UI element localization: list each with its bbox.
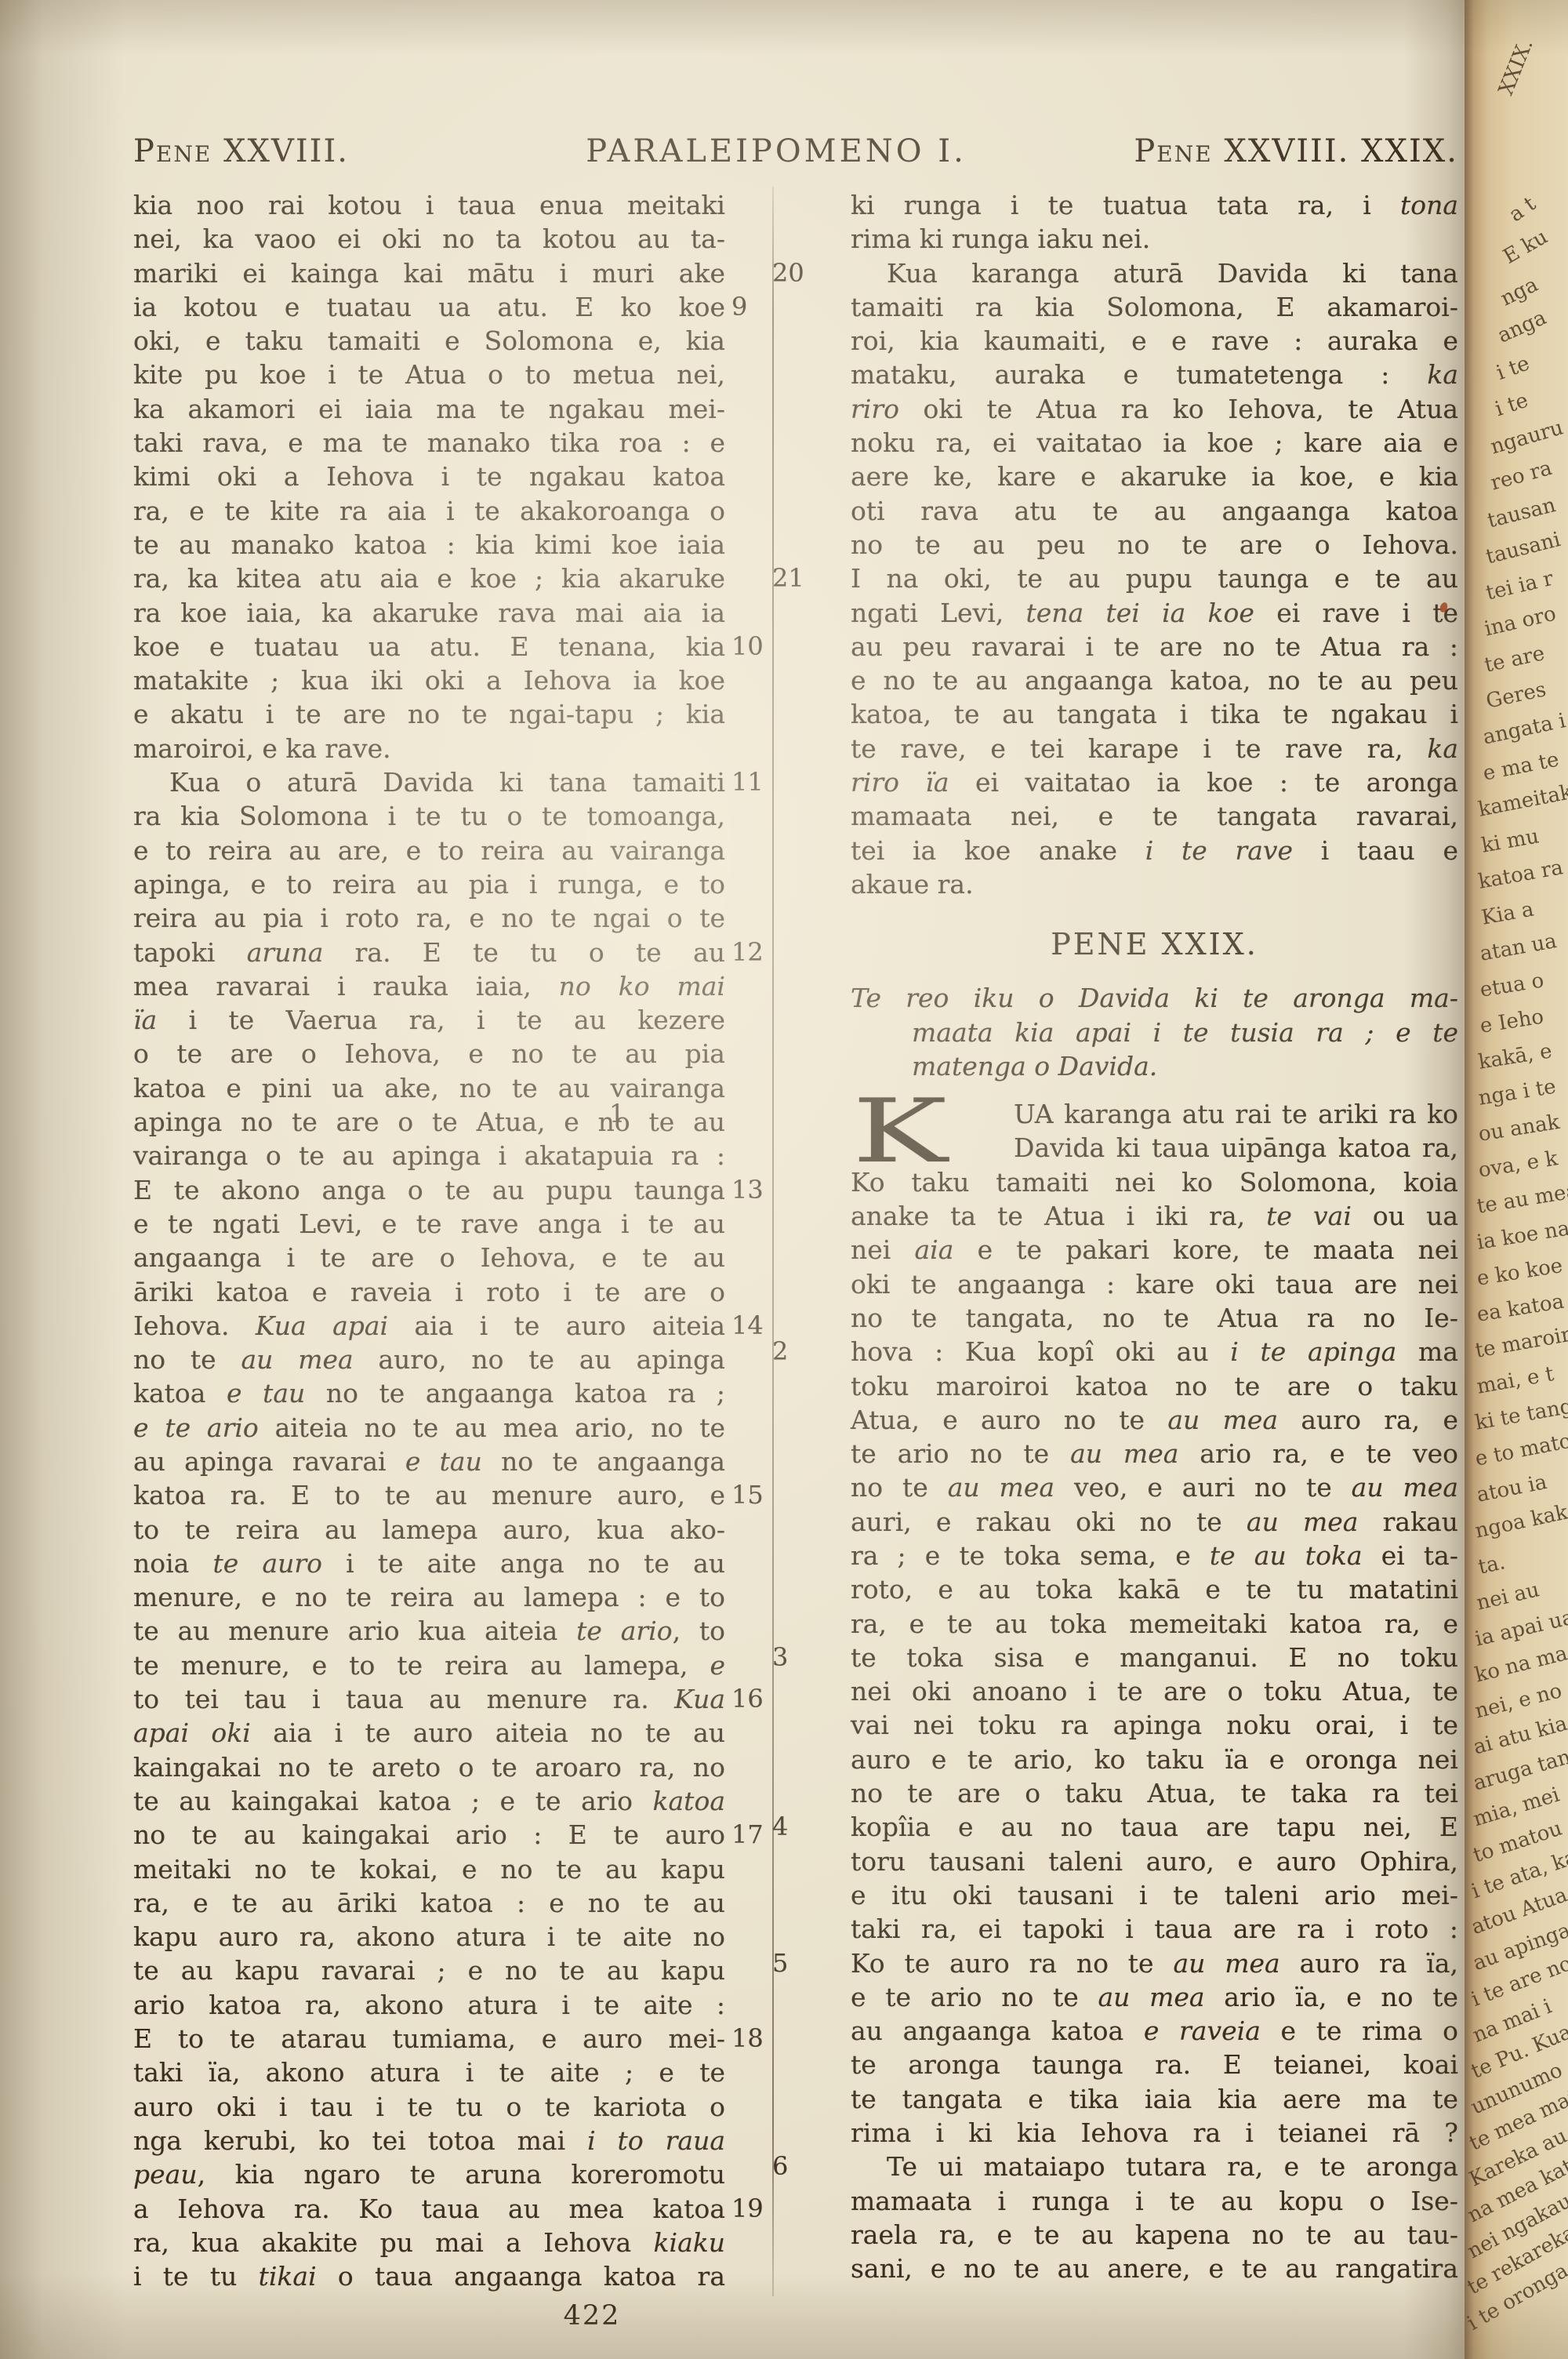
line-text: toru tausani taleni auro, e auro Ophira,	[851, 1846, 1458, 1877]
text-line: 20Kua karanga aturā Davida ki tana	[851, 256, 1458, 290]
text-line: no te au mea auro, no te au apinga	[133, 1343, 725, 1376]
text-line: mamaata nei, e te tangata ravarai,	[851, 799, 1458, 833]
line-text: Kua karanga aturā Davida ki tana	[887, 258, 1458, 289]
text-line: 13E te akono anga o te au pupu taunga	[133, 1173, 725, 1207]
line-text: kite pu koe i te Atua o to metua nei,	[133, 359, 725, 390]
line-text: te au kapu ravarai ; e no te au kapu	[133, 1955, 725, 1986]
line-text: noia te auro i te aite anga no te au	[133, 1548, 725, 1579]
line-text: peau, kia ngaro te aruna koreromotu	[133, 2159, 725, 2190]
text-line: vairanga o te au apinga i akatapuia ra :	[133, 1139, 725, 1172]
edge-text-fragment: te are	[1483, 642, 1547, 677]
edge-text-fragment: i te	[1494, 351, 1533, 385]
edge-text-fragment: a t	[1504, 192, 1540, 227]
line-text: katoa, te au tangata i tika te ngakau i	[851, 699, 1458, 729]
text-line: kia noo rai kotou i taua enua meitaki	[133, 188, 725, 222]
edge-text-fragment: Kia a	[1479, 898, 1535, 930]
text-line: aere ke, kare e akaruke ia koe, e kia	[851, 460, 1458, 493]
line-text: tapoki aruna ra. E te tu o te au	[133, 937, 725, 968]
line-text: Te reo iku o Davida ki te aronga ma-	[851, 983, 1458, 1013]
text-line: vai nei toku ra apinga noku orai, i te	[851, 1708, 1458, 1742]
verse-number: 3	[772, 1641, 838, 1674]
edge-text-fragment: ea katoa	[1475, 1290, 1566, 1327]
line-text: Davida ki taua uipānga katoa ra,	[1014, 1132, 1458, 1163]
text-line: 10koe e tuatau ua atu. E tenana, kia	[133, 630, 725, 663]
right-text-column: ki runga i te tuatua tata ra, i tonarima…	[851, 188, 1458, 2286]
text-line: oki, e taku tamaiti e Solomona e, kia	[133, 324, 725, 358]
edge-text-fragment: reo ra	[1488, 456, 1555, 496]
line-text: e te ario aiteia no te au mea ario, no t…	[133, 1412, 725, 1443]
line-text: auri, e rakau oki no te au mea rakau	[851, 1507, 1458, 1537]
line-text: hova : Kua kopî oki au i te apinga ma	[851, 1336, 1458, 1367]
text-line: 9ia kotou e tuatau ua atu. E ko koe	[133, 290, 725, 324]
line-text: au peu ravarai i te are no te Atua ra :	[851, 631, 1458, 662]
text-line: 14Iehova. Kua apai aia i te auro aiteia	[133, 1309, 725, 1343]
text-line: 2hova : Kua kopî oki au i te apinga ma	[851, 1335, 1458, 1369]
text-line: angaanga i te are o Iehova, e te au	[133, 1241, 725, 1274]
line-text: meitaki no te kokai, e no te au kapu	[133, 1854, 725, 1885]
text-line: auro oki i tau i te tu o te kariota o	[133, 2090, 725, 2124]
verse-number: 6	[772, 2150, 838, 2183]
text-line: oti rava atu te au angaanga katoa	[851, 494, 1458, 528]
text-line: au angaanga katoa e raveia e te rima o	[851, 2014, 1458, 2048]
line-text: a Iehova ra. Ko taua au mea katoa	[133, 2194, 725, 2224]
line-text: tei ia koe anake i te rave i taau e	[851, 835, 1458, 866]
line-text: katoa e tau no te angaanga katoa ra ;	[133, 1378, 725, 1408]
line-text: rima i ki kia Iehova ra i teianei rā ?	[851, 2117, 1458, 2148]
left-text-column: kia noo rai kotou i taua enua meitakinei…	[133, 188, 725, 2293]
verse-number: 11	[731, 765, 783, 799]
verse-number: 20	[772, 256, 838, 290]
edge-text-fragment: atou ia	[1475, 1470, 1549, 1507]
text-line: e te ngati Levi, e te rave anga i te au	[133, 1207, 725, 1241]
line-text: no te au peu no te are o Iehova.	[851, 529, 1458, 560]
text-line: nga kerubi, ko tei totoa mai i to raua	[133, 2124, 725, 2157]
verse-number: 2	[772, 1335, 838, 1369]
text-line: tei ia koe anake i te rave i taau e	[851, 834, 1458, 867]
line-text: kia noo rai kotou i taua enua meitaki	[133, 190, 725, 220]
line-text: anake ta te Atua i iki ra, te vai ou ua	[851, 1201, 1458, 1231]
line-text: mamaata i runga i te au kopu o Ise-	[851, 2186, 1458, 2216]
text-line: mea ravarai i rauka iaia, no ko mai	[133, 969, 725, 1003]
edge-text-fragment: e to matou	[1473, 1427, 1568, 1470]
text-line: e to reira au are, e to reira au vairang…	[133, 834, 725, 867]
line-text: ra, e te kite ra aia i te akakoroanga o	[133, 496, 725, 526]
text-line: no te are o taku Atua, te taka ra tei	[851, 1776, 1458, 1810]
line-text: aere ke, kare e akaruke ia koe, e kia	[851, 461, 1458, 492]
verse-number: 12	[731, 936, 783, 969]
line-text: toku maroiroi katoa no te are o taku	[851, 1371, 1458, 1401]
line-text: angaanga i te are o Iehova, e te au	[133, 1242, 725, 1273]
edge-text-fragment: mai, e t	[1475, 1362, 1555, 1399]
book-page-photo: Pene XXVIII. PARALEIPOMENO I. Pene XXVII…	[0, 0, 1568, 2359]
line-text: taki rava, e ma te manako tika roa : e	[133, 427, 725, 458]
text-line: 5Ko te auro ra no te au mea auro ra ïa,	[851, 1946, 1458, 1980]
line-text: nei aia e te pakari kore, te maata nei	[851, 1234, 1458, 1265]
edge-text-fragment: tei ia r	[1484, 567, 1555, 605]
line-text: Atua, e auro no te au mea auro ra, e	[851, 1405, 1458, 1435]
text-line: peau, kia ngaro te aruna koreromotu	[133, 2157, 725, 2191]
line-text: maata kia apai i te tusia ra ; e te	[912, 1017, 1458, 1048]
line-text: mariki ei kainga kai mātu i muri ake	[133, 258, 725, 289]
line-text: te au menure ario kua aiteia te ario, to	[133, 1616, 725, 1646]
text-line: i te tu tikai o taua angaanga katoa ra	[133, 2259, 725, 2293]
line-text: mataku, auraka e tumatetenga : ka	[851, 359, 1458, 390]
text-line: to te reira au lamepa auro, kua ako-	[133, 1513, 725, 1547]
text-line: sani, e no te au anere, e te au rangatir…	[851, 2252, 1458, 2285]
line-text: E te akono anga o te au pupu taunga	[133, 1175, 725, 1205]
text-line: Davida ki taua uipānga katoa ra,	[851, 1131, 1458, 1165]
edge-text-fragment: katoa ra :	[1476, 853, 1568, 893]
text-line: 12tapoki aruna ra. E te tu o te au	[133, 936, 725, 969]
line-text: nei oki anoano i te are o toku Atua, te	[851, 1676, 1458, 1707]
line-text: ki runga i te tuatua tata ra, i tona	[851, 190, 1458, 220]
line-text: riro ïa ei vaitatao ia koe : te aronga	[851, 767, 1458, 798]
line-text: ïa i te Vaerua ra, i te au kezere	[133, 1005, 725, 1035]
text-line: matenga o Davida.	[851, 1049, 1458, 1083]
line-text: ra, e te au toka memeitaki katoa ra, e	[851, 1608, 1458, 1639]
verse-number: 9	[731, 290, 783, 324]
line-text: āriki katoa e raveia i roto i te are o	[133, 1277, 725, 1307]
text-line: 3te toka sisa e manganui. E no toku	[851, 1641, 1458, 1674]
line-text: te ario no te au mea ario ra, e te veo	[851, 1438, 1458, 1469]
line-text: vairanga o te au apinga i akatapuia ra :	[133, 1140, 725, 1171]
chapter-heading: PENE XXIX.	[851, 926, 1458, 962]
line-text: e te ario no te au mea ario ïa, e no te	[851, 1982, 1458, 2012]
line-text: ra, ka kitea atu aia e koe ; kia akaruke	[133, 563, 725, 594]
edge-text-fragment: kakā, e	[1477, 1039, 1554, 1074]
line-text: oki te angaanga : kare oki taua are nei	[851, 1269, 1458, 1299]
line-text: PENE XXIX.	[1051, 927, 1258, 961]
line-text: e itu oki tausani i te taleni ario mei-	[851, 1880, 1458, 1910]
text-line: ra koe iaia, ka akaruke rava mai aia ia	[133, 596, 725, 630]
line-text: taki ra, ei tapoki i taua are ra i roto …	[851, 1914, 1458, 1944]
text-line: 21I na oki, te au pupu taunga e te au	[851, 562, 1458, 595]
line-text: Ko te auro ra no te au mea auro ra ïa,	[851, 1948, 1458, 1979]
line-text: e no te au angaanga katoa, no te au peu	[851, 665, 1458, 696]
text-line: te menure, e to te reira au lamepa, e	[133, 1648, 725, 1682]
edge-text-fragment: etua o	[1479, 969, 1546, 1001]
line-text: menure, e no te reira au lamepa : e to	[133, 1582, 725, 1612]
line-text: te au kaingakai katoa ; e te ario katoa	[133, 1786, 725, 1816]
text-line: riro ïa ei vaitatao ia koe : te aronga	[851, 765, 1458, 799]
line-text: ra ; e te toka sema, e te au toka ei ta-	[851, 1540, 1458, 1571]
line-text: vai nei toku ra apinga noku orai, i te	[851, 1710, 1458, 1740]
text-line: tamaiti ra kia Solomona, E akamaroi-	[851, 290, 1458, 324]
line-text: I na oki, te au pupu taunga e te au	[851, 563, 1458, 594]
text-line: Ko taku tamaiti nei ko Solomona, koia	[851, 1165, 1458, 1199]
edge-text-fragment: i te	[1492, 389, 1531, 422]
line-text: ka akamori ei iaia ma te ngakau mei-	[133, 394, 725, 424]
text-line: te ario no te au mea ario ra, e te veo	[851, 1437, 1458, 1470]
text-line: anake ta te Atua i iki ra, te vai ou ua	[851, 1199, 1458, 1233]
text-line: ario katoa ra, akono atura i te aite :	[133, 1988, 725, 2022]
text-line: riro oki te Atua ra ko Iehova, te Atua	[851, 392, 1458, 426]
page-number: 422	[506, 2300, 678, 2332]
text-line: rima i ki kia Iehova ra i teianei rā ?	[851, 2116, 1458, 2150]
line-text: no te tangata, no te Atua ra no Ie-	[851, 1303, 1458, 1333]
text-line: maata kia apai i te tusia ra ; e te	[851, 1016, 1458, 1049]
line-text: nei, ka vaoo ei oki no ta kotou au ta-	[133, 224, 725, 254]
edge-text-fragment: e ma te	[1481, 748, 1561, 786]
text-line: roi, kia kaumaiti, e e rave : auraka e	[851, 324, 1458, 358]
line-text: apinga, e to reira au pia i runga, e to	[133, 869, 725, 900]
line-text: E to te atarau tumiama, e auro mei-	[133, 2023, 725, 2054]
text-line: reira au pia i roto ra, e no te ngai o t…	[133, 901, 725, 935]
line-text: i te tu tikai o taua angaanga katoa ra	[133, 2261, 725, 2292]
text-line: kaingakai no te areto o te aroaro ra, no	[133, 1750, 725, 1784]
line-text: oti rava atu te au angaanga katoa	[851, 496, 1458, 526]
edge-text-fragment: ngauru	[1488, 416, 1566, 459]
line-text: UA karanga atu rai te ariki ra ko	[1014, 1099, 1458, 1129]
line-text: roi, kia kaumaiti, e e rave : auraka e	[851, 325, 1458, 356]
text-line: 17no te au kaingakai ario : E te auro	[133, 1818, 725, 1852]
text-line: matakite ; kua iki oki a Iehova ia koe	[133, 663, 725, 697]
text-line: āriki katoa e raveia i roto i te are o	[133, 1275, 725, 1309]
line-text: ra, e te au āriki katoa : e no te au	[133, 1888, 725, 1918]
edge-text-fragment: ta.	[1476, 1550, 1508, 1579]
edge-text-fragment: tausani	[1483, 528, 1563, 569]
text-line: noia te auro i te aite anga no te au	[133, 1547, 725, 1580]
text-line: e itu oki tausani i te taleni ario mei-	[851, 1878, 1458, 1912]
edge-text-fragment: Geres	[1484, 678, 1548, 713]
line-text: reira au pia i roto ra, e no te ngai o t…	[133, 903, 725, 933]
text-line: auro e te ario, ko taku ïa e oronga nei	[851, 1743, 1458, 1776]
text-line: roto, e au toka kakā e te tu matatini	[851, 1572, 1458, 1606]
text-line: apinga, e to reira au pia i runga, e to	[133, 867, 725, 901]
line-text: ia kotou e tuatau ua atu. E ko koe	[133, 292, 725, 322]
text-line: ra, kua akakite pu mai a Iehova kiaku	[133, 2226, 725, 2259]
edge-text-fragment: ova, e k	[1477, 1147, 1559, 1183]
line-text: maroiroi, e ka rave.	[133, 733, 391, 764]
line-text: te aronga taunga ra. E teianei, koai	[851, 2049, 1458, 2080]
text-line: te rave, e tei karape i te rave ra, ka	[851, 732, 1458, 765]
text-line: 15katoa ra. E to te au menure auro, e	[133, 1478, 725, 1512]
text-line: raela ra, e te au kapena no te au tau-	[851, 2218, 1458, 2252]
text-line: katoa e tau no te angaanga katoa ra ;	[133, 1376, 725, 1410]
verse-number: 16	[731, 1682, 783, 1716]
line-text: noku ra, ei vaitatao ia koe ; kare aia e	[851, 427, 1458, 458]
text-line: akaue ra.	[851, 867, 1458, 901]
edge-text-fragment: E ku	[1500, 225, 1552, 269]
text-line: 4kopîia e au no taua are tapu nei, E	[851, 1810, 1458, 1844]
edge-text-fragment: anga	[1494, 306, 1550, 348]
text-line: maroiroi, e ka rave.	[133, 732, 725, 765]
text-line: no te au peu no te are o Iehova.	[851, 528, 1458, 562]
text-line: ïa i te Vaerua ra, i te au kezere	[133, 1003, 725, 1037]
verse-number: 10	[731, 630, 783, 663]
text-line: nei, ka vaoo ei oki no ta kotou au ta-	[133, 222, 725, 256]
line-text: no te au kaingakai ario : E te auro	[133, 1819, 725, 1850]
text-line: ra, e te au toka memeitaki katoa ra, e	[851, 1607, 1458, 1641]
text-line: e te ario aiteia no te au mea ario, no t…	[133, 1411, 725, 1445]
text-line: au peu ravarai i te are no te Atua ra :	[851, 630, 1458, 663]
text-line: oki te angaanga : kare oki taua are nei	[851, 1267, 1458, 1301]
line-text: te menure, e to te reira au lamepa, e	[133, 1650, 725, 1681]
text-line: ki runga i te tuatua tata ra, i tona	[851, 188, 1458, 222]
text-line: Atua, e auro no te au mea auro ra, e	[851, 1403, 1458, 1437]
text-line: nei oki anoano i te are o toku Atua, te	[851, 1674, 1458, 1708]
line-text: matenga o Davida.	[912, 1051, 1157, 1081]
text-line: toru tausani taleni auro, e auro Ophira,	[851, 1845, 1458, 1878]
line-text: tamaiti ra kia Solomona, E akamaroi-	[851, 292, 1458, 322]
line-text: ra koe iaia, ka akaruke rava mai aia ia	[133, 598, 725, 628]
text-line: menure, e no te reira au lamepa : e to	[133, 1580, 725, 1614]
edge-text-fragment: atan ua	[1478, 929, 1558, 966]
line-text: te toka sisa e manganui. E no toku	[851, 1642, 1458, 1673]
line-text: mamaata nei, e te tangata ravarai,	[851, 801, 1458, 831]
text-line: Te reo iku o Davida ki te aronga ma-	[851, 981, 1458, 1015]
text-line: te au kaingakai katoa ; e te ario katoa	[133, 1784, 725, 1818]
line-text: sani, e no te au anere, e te au rangatir…	[851, 2253, 1458, 2284]
line-text: ario katoa ra, akono atura i te aite :	[133, 1990, 725, 2020]
edge-text-fragment: e ko koe t	[1475, 1252, 1568, 1291]
edge-text-fragment: XXIX.	[1494, 36, 1538, 99]
edge-text-fragment: tausan	[1485, 493, 1558, 533]
text-line: 11Kua o aturā Davida ki tana tamaiti	[133, 765, 725, 799]
text-line: ra, ka kitea atu aia e koe ; kia akaruke	[133, 562, 725, 595]
line-text: oki, e taku tamaiti e Solomona e, kia	[133, 325, 725, 356]
line-text: roto, e au toka kakā e te tu matatini	[851, 1574, 1458, 1605]
line-text: no te are o taku Atua, te taka ra tei	[851, 1778, 1458, 1808]
running-head: Pene XXVIII. PARALEIPOMENO I. Pene XXVII…	[133, 133, 1458, 173]
line-text: raela ra, e te au kapena no te au tau-	[851, 2219, 1458, 2250]
line-text: no te au mea veo, e auri no te au mea	[851, 1472, 1458, 1503]
edge-text-fragment: e Ieho	[1479, 1005, 1545, 1038]
text-line: 18E to te atarau tumiama, e auro mei-	[133, 2022, 725, 2055]
line-text: Te ui mataiapo tutara ra, e te aronga	[887, 2151, 1458, 2182]
edge-text-fragment: ki te tang	[1473, 1394, 1568, 1434]
verse-number: 19	[731, 2192, 783, 2226]
line-text: riro oki te Atua ra ko Iehova, te Atua	[851, 394, 1458, 424]
text-line: te au manako katoa : kia kimi koe iaia	[133, 528, 725, 562]
text-line: katoa, te au tangata i tika te ngakau i	[851, 697, 1458, 731]
line-text: ra, kua akakite pu mai a Iehova kiaku	[133, 2227, 725, 2258]
text-line: K1UA karanga atu rai te ariki ra ko	[851, 1097, 1458, 1131]
line-text: e to reira au are, e to reira au vairang…	[133, 835, 725, 866]
line-text: to tei tau i taua au menure ra. Kua	[133, 1684, 725, 1714]
text-line: mamaata i runga i te au kopu o Ise-	[851, 2184, 1458, 2218]
text-line: taki ra, ei tapoki i taua are ra i roto …	[851, 1912, 1458, 1946]
text-line: no te au mea veo, e auri no te au mea	[851, 1470, 1458, 1504]
line-text: te rave, e tei karape i te rave ra, ka	[851, 733, 1458, 764]
text-line: ra ; e te toka sema, e te au toka ei ta-	[851, 1539, 1458, 1572]
text-line: e no te au angaanga katoa, no te au peu	[851, 663, 1458, 697]
line-text: te au manako katoa : kia kimi koe iaia	[133, 529, 725, 560]
line-text: Iehova. Kua apai aia i te auro aiteia	[133, 1310, 725, 1341]
text-line: te tangata e tika iaia kia aere ma te	[851, 2082, 1458, 2116]
edge-text-fragment: nga i te	[1477, 1075, 1558, 1110]
edge-text-fragment: angata i	[1481, 709, 1568, 750]
text-line: au apinga ravarai e tau no te angaanga	[133, 1445, 725, 1478]
text-line: mataku, auraka e tumatetenga : ka	[851, 358, 1458, 391]
verse-number: 21	[772, 562, 838, 595]
edge-text-fragment: ia koe na	[1475, 1217, 1568, 1255]
text-line: ra, e te kite ra aia i te akakoroanga o	[133, 494, 725, 528]
line-text: au apinga ravarai e tau no te angaanga	[133, 1446, 725, 1477]
text-line: toku maroiroi katoa no te are o taku	[851, 1369, 1458, 1403]
line-text: auro e te ario, ko taku ïa e oronga nei	[851, 1744, 1458, 1775]
text-line: noku ra, ei vaitatao ia koe ; kare aia e	[851, 426, 1458, 460]
next-page-fore-edge-strip: XXIX.a tE kungaangai tei tengaurureo rat…	[1465, 0, 1568, 2359]
line-text: nga kerubi, ko tei totoa mai i to raua	[133, 2125, 725, 2156]
edge-text-fragment: te maroiro	[1473, 1321, 1568, 1363]
text-line: e te ario no te au mea ario ïa, e no te	[851, 1980, 1458, 2014]
text-line: ra, e te au āriki katoa : e no te au	[133, 1886, 725, 1920]
line-text: rima ki runga iaku nei.	[851, 224, 1150, 254]
text-line: kimi oki a Iehova i te ngakau katoa	[133, 460, 725, 493]
text-line: meitaki no te kokai, e no te au kapu	[133, 1852, 725, 1886]
line-text: koe e tuatau ua atu. E tenana, kia	[133, 631, 725, 662]
line-text: ngati Levi, tena tei ia koe ei rave i te	[851, 598, 1458, 628]
edge-text-fragment: ou anak	[1477, 1110, 1562, 1147]
line-text: e te ngati Levi, e te rave anga i te au	[133, 1209, 725, 1239]
verse-number: 18	[731, 2022, 783, 2055]
text-line: taki ïa, akono atura i te aite ; e te	[133, 2055, 725, 2089]
edge-text-fragment: nga	[1497, 273, 1541, 311]
line-text: mea ravarai i rauka iaia, no ko mai	[133, 971, 725, 1001]
line-text: te tangata e tika iaia kia aere ma te	[851, 2084, 1458, 2114]
text-line: ngati Levi, tena tei ia koe ei rave i te	[851, 596, 1458, 630]
line-text: apai oki aia i te auro aiteia no te au	[133, 1717, 725, 1748]
text-line: kapu auro ra, akono atura i te aite no	[133, 1920, 725, 1954]
edge-text-fragment: nei au	[1475, 1578, 1542, 1615]
line-text: katoa ra. E to te au menure auro, e	[133, 1480, 725, 1510]
line-text: Kua o aturā Davida ki tana tamaiti	[169, 767, 725, 798]
text-line: kite pu koe i te Atua o to metua nei,	[133, 358, 725, 391]
text-line: te au kapu ravarai ; e no te au kapu	[133, 1954, 725, 1987]
line-text: no te au mea auro, no te au apinga	[133, 1344, 725, 1375]
text-line: 19a Iehova ra. Ko taua au mea katoa	[133, 2192, 725, 2226]
text-line: 6Te ui mataiapo tutara ra, e te aronga	[851, 2150, 1458, 2183]
verse-number: 1	[609, 1097, 675, 1131]
text-line: taki rava, e ma te manako tika roa : e	[133, 426, 725, 460]
line-text: matakite ; kua iki oki a Iehova ia koe	[133, 665, 725, 696]
text-line: rima ki runga iaku nei.	[851, 222, 1458, 256]
text-line: auri, e rakau oki no te au mea rakau	[851, 1505, 1458, 1539]
verse-number: 13	[731, 1173, 783, 1207]
running-head-right-chapters: Pene XXVIII. XXIX.	[1134, 133, 1458, 169]
line-text: au angaanga katoa e raveia e te rima o	[851, 2016, 1458, 2046]
line-text: kopîia e au no taua are tapu nei, E	[851, 1812, 1458, 1842]
text-line: apai oki aia i te auro aiteia no te au	[133, 1716, 725, 1750]
text-line: o te are o Iehova, e no te au pia	[133, 1037, 725, 1070]
line-text: Ko taku tamaiti nei ko Solomona, koia	[851, 1167, 1458, 1198]
line-text: o te are o Iehova, e no te au pia	[133, 1038, 725, 1069]
text-line: te au menure ario kua aiteia te ario, to	[133, 1614, 725, 1648]
line-text: taki ïa, akono atura i te aite ; e te	[133, 2057, 725, 2088]
edge-text-fragment: ina oro	[1483, 602, 1559, 642]
text-line: ra kia Solomona i te tu o te tomoanga,	[133, 799, 725, 833]
line-text: kimi oki a Iehova i te ngakau katoa	[133, 461, 725, 492]
edge-text-fragment: ki mu	[1479, 824, 1541, 857]
text-line: ka akamori ei iaia ma te ngakau mei-	[133, 392, 725, 426]
text-line: 16to tei tau i taua au menure ra. Kua	[133, 1682, 725, 1716]
edge-text-fragment: kameitaki	[1476, 780, 1568, 822]
text-line: nei aia e te pakari kore, te maata nei	[851, 1233, 1458, 1267]
text-line: e akatu i te are no te ngai-tapu ; kia	[133, 697, 725, 731]
text-line: no te tangata, no te Atua ra no Ie-	[851, 1301, 1458, 1335]
verse-number: 15	[731, 1478, 783, 1512]
line-text: e akatu i te are no te ngai-tapu ; kia	[133, 699, 725, 729]
line-text: akaue ra.	[851, 869, 974, 900]
text-line: te aronga taunga ra. E teianei, koai	[851, 2048, 1458, 2081]
verse-number: 4	[772, 1810, 838, 1844]
text-line: mariki ei kainga kai mātu i muri ake	[133, 256, 725, 290]
line-text: ra kia Solomona i te tu o te tomoanga,	[133, 801, 725, 831]
line-text: auro oki i tau i te tu o te kariota o	[133, 2092, 725, 2122]
line-text: kaingakai no te areto o te aroaro ra, no	[133, 1752, 725, 1783]
line-text: kapu auro ra, akono atura i te aite no	[133, 1921, 725, 1952]
